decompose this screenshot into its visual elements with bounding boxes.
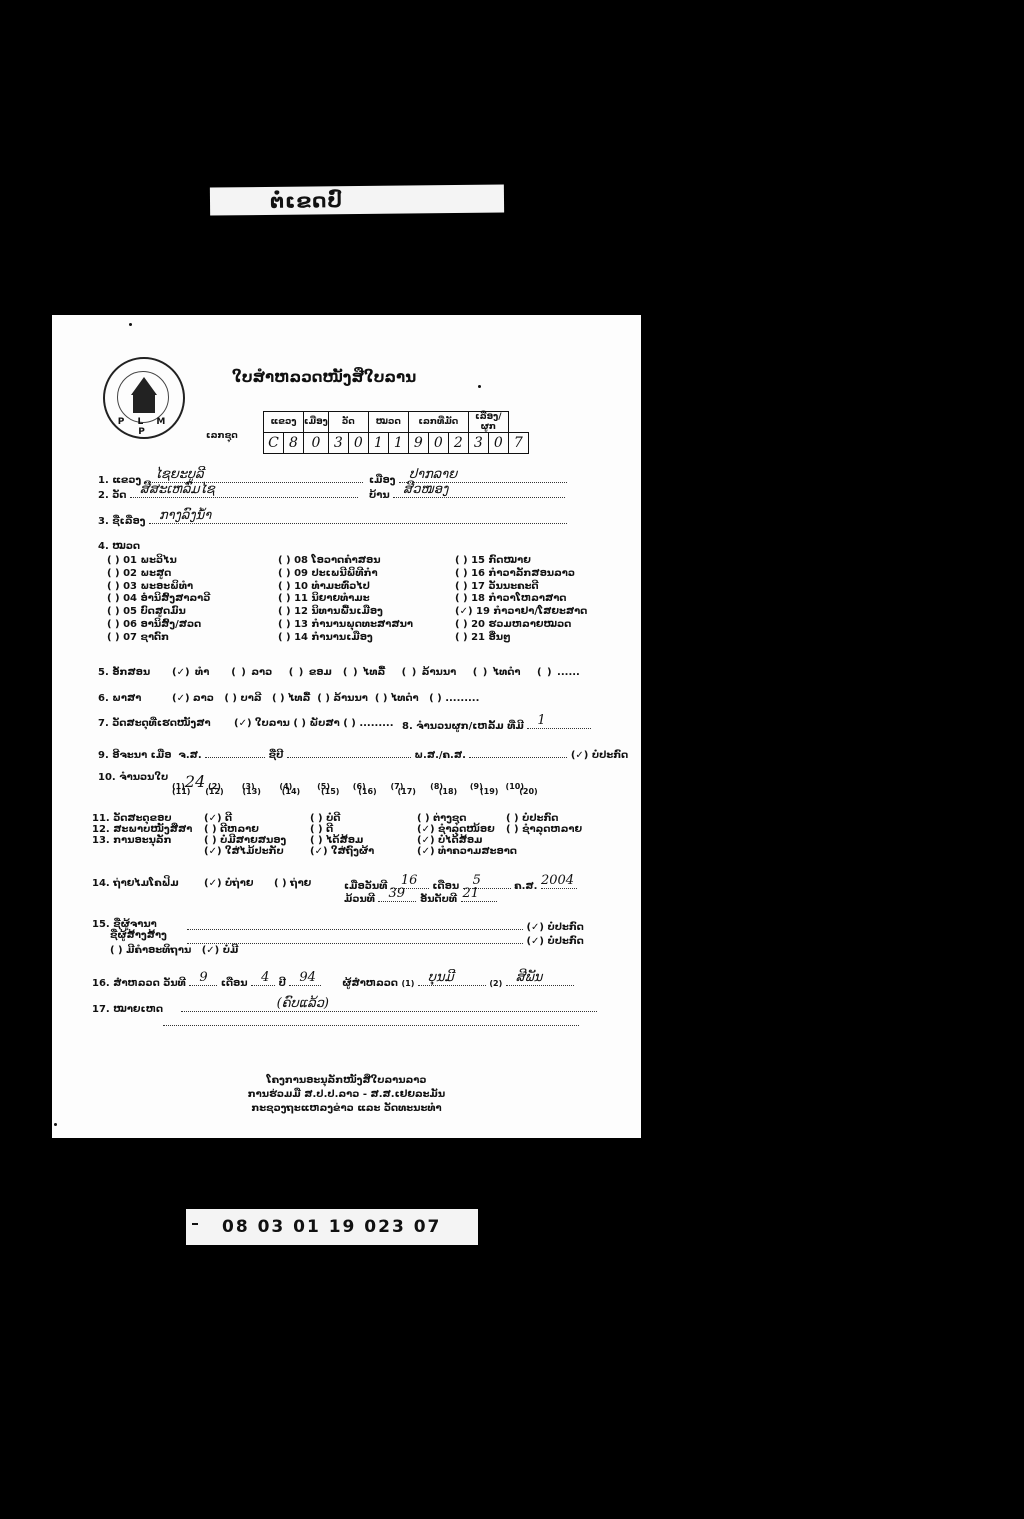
field-district: ເມືອງ ປາກລາຍ bbox=[369, 472, 567, 486]
script-option-other[interactable]: ( ) ...... bbox=[537, 667, 580, 678]
category-column-1: ( ) 01 ພະວິໄນ ( ) 02 ພະສູດ ( ) 03 ພະອະພິ… bbox=[107, 555, 210, 645]
section7-label: 7. ວັດສະດຸທີ່ເຮດໜັງສາ bbox=[98, 718, 211, 729]
script-option-lao[interactable]: ( ) ລາວ bbox=[231, 667, 272, 678]
state-option-slightly-damaged[interactable]: (✓) ຊຳລຸດໜ້ອຍ bbox=[417, 824, 517, 835]
category-option[interactable]: ( ) 02 ພະສູດ bbox=[107, 568, 210, 581]
section15-lines: (✓) ບໍ່ປະກົດ (✓) ບໍ່ປະກົດ bbox=[187, 919, 584, 947]
field-story-title: 3. ຊື່ເລື່ອງ ກາງລົງນ້ຳ bbox=[98, 513, 567, 527]
colophon-row: ( ) ມີຄຳອະທິຖານ (✓) ບໍ່ມີ bbox=[110, 945, 238, 956]
code-table: ແຂວງ ເມືອງ ວັດ ໝວດ ເລກທີ່ມັດ ເລື່ອງ/ຜູກ … bbox=[263, 411, 529, 454]
microfilm-not-photographed[interactable]: (✓) ບໍ່ຖ່າຍ bbox=[204, 878, 253, 889]
language-option-tai-lue[interactable]: ( ) ໄທລື້ bbox=[272, 693, 310, 704]
scribe-label: 15. ຊື່ຜູ້ຈານາ bbox=[92, 919, 167, 930]
category-option[interactable]: ( ) 03 ພະອະພິທຳ bbox=[107, 581, 210, 594]
year-name-label: ຊື່ປີ bbox=[269, 750, 284, 761]
category-option-selected[interactable]: (✓) 19 ກຳວາຢາ/ໂສຍະສາດ bbox=[455, 606, 587, 619]
survey-form-page: P L M P ໃບສຳຫລວດໜັງສືໃບລານ ເລກຊຸດ ແຂວງ ເ… bbox=[52, 315, 641, 1138]
condition-col-4: ( ) ບໍ່ປະກົດ ( ) ຊຳລຸດຫລາຍ bbox=[506, 813, 582, 835]
leaf-slot: (13) bbox=[243, 787, 261, 796]
category-option[interactable]: ( ) 13 ກຳນານພຸດທະສາສນາ bbox=[278, 619, 413, 632]
footer-line-1: ໂຄງການອະນຸລັກໜັງສືໃບລານລາວ bbox=[52, 1075, 641, 1086]
microfilm-date-row: ເມື່ອວັນທີ 16 ເດືອນ 5 ຄ.ສ. 2004 bbox=[344, 878, 577, 892]
category-option[interactable]: ( ) 06 ອານິສົງ/ສວດ bbox=[107, 619, 210, 632]
year-label: ຄ.ສ. bbox=[514, 881, 537, 892]
field-district-value: ປາກລາຍ bbox=[409, 467, 457, 482]
top-label: ຕໍ່ເຂດ​ປົ bbox=[270, 188, 343, 213]
code-header-temple: ວັດ bbox=[328, 412, 368, 433]
notes-input[interactable]: (ຄົບແລ້ວ) bbox=[181, 1001, 597, 1012]
leaf-slot: (14) bbox=[282, 787, 300, 796]
frame-label: ອັນດັບທີ bbox=[420, 894, 457, 905]
script-option-khom[interactable]: ( ) ຂອມ bbox=[289, 667, 332, 678]
plmp-seal-logo: P L M P bbox=[103, 357, 185, 439]
bundle-count-label: 8. ຈຳນວນຜູກ/ເຫລັ້ມ ທີ່ມີ bbox=[402, 721, 524, 732]
survey-month-input[interactable]: 4 bbox=[251, 975, 275, 986]
be-year-input[interactable] bbox=[469, 747, 567, 758]
surveyor-1-value: ບຸນມີ bbox=[428, 970, 454, 985]
surveyor-2-input[interactable]: ສີພັນ bbox=[506, 975, 574, 986]
field-story-title-value: ກາງລົງນ້ຳ bbox=[159, 508, 211, 523]
category-option[interactable]: ( ) 15 ກົດໝາຍ bbox=[455, 555, 587, 568]
script-option-tai-dam[interactable]: ( ) ໄທດຳ bbox=[473, 667, 521, 678]
language-option-lao[interactable]: (✓) ລາວ bbox=[172, 693, 214, 704]
surveyor-2-label: (2) bbox=[489, 979, 502, 988]
survey-month-label: ເດືອນ bbox=[221, 978, 248, 989]
section4-label: 4. ໝວດ bbox=[98, 541, 140, 552]
leaf-slot: (15) bbox=[321, 787, 339, 796]
bundle-count-value: 1 bbox=[537, 713, 545, 728]
sections-11-13-labels: 11. ວັດສະດຸຂອບ 12. ສະພາບໜັງສືສາ 13. ການອ… bbox=[92, 813, 192, 846]
field-temple-value: ສີສະເຫລົ່ມໄຊ bbox=[140, 482, 215, 497]
survey-month-value: 4 bbox=[261, 970, 269, 985]
category-option[interactable]: ( ) 20 ຮວມຫລາຍໝວດ bbox=[455, 619, 587, 632]
category-option[interactable]: ( ) 04 ອຳນິສົງສາລາວີ bbox=[107, 593, 210, 606]
condition-col-2: ( ) ບໍ່ດີ ( ) ດີ ( ) ໄດ້ສ້ອມ (✓) ໃສ່ຖົງຜ… bbox=[310, 813, 374, 857]
state-option-good[interactable]: ( ) ດີ bbox=[310, 824, 374, 835]
survey-day-label: ວັນທີ bbox=[163, 978, 186, 989]
microfilm-roll-row: ມ້ວນທີ 39 ອັນດັບທີ 21 bbox=[344, 891, 497, 905]
survey-year-value: 94 bbox=[299, 970, 316, 985]
script-option-lanna[interactable]: ( ) ລ້ານນາ bbox=[402, 667, 457, 678]
field-story-title-label: 3. ຊື່ເລື່ອງ bbox=[98, 516, 145, 527]
surveyor-2-value: ສີພັນ bbox=[516, 970, 543, 985]
section8-label: 8. ຈຳນວນຜູກ/ເຫລັ້ມ ທີ່ມີ 1 bbox=[402, 718, 591, 732]
language-options: (✓) ລາວ ( ) ບາລີ ( ) ໄທລື້ ( ) ລ້ານນາ ( … bbox=[172, 693, 479, 704]
temple-roof-icon bbox=[131, 377, 157, 395]
category-option[interactable]: ( ) 11 ນິຍາຍທຳມະ bbox=[278, 593, 413, 606]
section14-label: 14. ຖ່າຍໄມໂຄຟິມ bbox=[92, 878, 179, 889]
code-digit: C bbox=[264, 433, 284, 454]
category-option[interactable]: ( ) 05 ບົດສູດມົນ bbox=[107, 606, 210, 619]
category-option[interactable]: ( ) 16 ກຳວາລັກສອນລາວ bbox=[455, 568, 587, 581]
code-digit: 3 bbox=[328, 433, 348, 454]
bottom-code-strip: 08 03 01 19 023 07 bbox=[186, 1209, 478, 1245]
code-digit: 0 bbox=[488, 433, 508, 454]
sponsor-label: ຊື່ຜູ້ສ້າງສ້າງ bbox=[92, 930, 167, 941]
section9-row: 9. ອີຈະນາ ເມື່ອ ຈ.ສ. ຊື່ປີ ພ.ສ./ຄ.ສ. (✓)… bbox=[98, 747, 628, 761]
section11-label: 11. ວັດສະດຸຂອບ bbox=[92, 813, 192, 824]
tick-mark bbox=[192, 1223, 198, 1225]
bundle-count-input[interactable]: 1 bbox=[527, 718, 591, 729]
category-option[interactable]: ( ) 01 ພະວິໄນ bbox=[107, 555, 210, 568]
survey-year-label: ປີ bbox=[279, 978, 286, 989]
leaf-slot: (11) bbox=[172, 787, 190, 796]
field-district-label: ເມືອງ bbox=[369, 475, 395, 486]
colophon-option-yes[interactable]: ( ) ມີຄຳອະທິຖານ bbox=[110, 945, 191, 956]
code-header-category: ໝວດ bbox=[368, 412, 408, 433]
year-name-input[interactable] bbox=[287, 747, 411, 758]
field-story-title-input[interactable]: ກາງລົງນ້ຳ bbox=[149, 513, 567, 524]
speck bbox=[129, 323, 132, 326]
notes-input-2[interactable] bbox=[163, 1015, 579, 1026]
section13-label: 13. ການອະນຸລັກ bbox=[92, 835, 192, 846]
code-header-district: ເມືອງ bbox=[304, 412, 329, 433]
scribe-unknown-option[interactable]: (✓) ບໍ່ປະກົດ bbox=[526, 922, 583, 933]
conservation-option-repaired[interactable]: ( ) ໄດ້ສ້ອມ bbox=[310, 835, 374, 846]
scribe-input[interactable] bbox=[187, 919, 523, 930]
section6-label: 6. ພາສາ bbox=[98, 693, 141, 704]
code-label: ເລກຊຸດ bbox=[206, 431, 238, 441]
microfilm-year-value: 2004 bbox=[541, 873, 574, 888]
conservation-option-no-string[interactable]: ( ) ບໍ່ມີສາຍສນອງ bbox=[204, 835, 286, 846]
survey-year-input[interactable]: 94 bbox=[289, 975, 321, 986]
leaf-slot: (20) bbox=[519, 787, 537, 796]
footer-line-3: ກະຊວງຖະແຫລງຂ່າວ ແລະ ວັດທະນະທຳ bbox=[52, 1103, 641, 1114]
field-temple-input[interactable]: ສີສະເຫລົ່ມໄຊ bbox=[130, 487, 358, 498]
form-title: ໃບສຳຫລວດໜັງສືໃບລານ bbox=[232, 368, 416, 386]
surveyor-label: ຜູ້ສຳຫລວດ bbox=[342, 978, 398, 989]
code-digit: 1 bbox=[388, 433, 408, 454]
category-option[interactable]: ( ) 09 ປະເພນີພິທີກຳ bbox=[278, 568, 413, 581]
category-option[interactable]: ( ) 07 ຊາດົກ bbox=[107, 632, 210, 645]
material-options[interactable]: (✓) ໃບລານ ( ) ພັບສາ ( ) ......... bbox=[234, 718, 394, 729]
section17-row: 17. ໝາຍເຫດ (ຄົບແລ້ວ) bbox=[92, 1001, 597, 1015]
top-label-strip: ຕໍ່ເຂດ​ປົ bbox=[210, 184, 504, 215]
be-label: ພ.ສ./ຄ.ສ. bbox=[414, 750, 466, 761]
code-digit: 7 bbox=[508, 433, 528, 454]
cover-option-not-good[interactable]: ( ) ບໍ່ດີ bbox=[310, 813, 374, 824]
surveyor-1-label: (1) bbox=[401, 979, 414, 988]
microfilm-frame-value: 21 bbox=[463, 886, 480, 901]
section16-label: 16. ສຳຫລວດ bbox=[92, 978, 160, 989]
section5-label: 5. ອັກສອນ bbox=[98, 667, 150, 678]
date-unknown-option[interactable]: (✓) ບໍ່ປະກົດ bbox=[571, 750, 628, 761]
code-digit: 1 bbox=[368, 433, 388, 454]
section15-labels: 15. ຊື່ຜູ້ຈານາ ຊື່ຜູ້ສ້າງສ້າງ bbox=[92, 919, 167, 941]
code-digit: 2 bbox=[448, 433, 468, 454]
category-column-3: ( ) 15 ກົດໝາຍ ( ) 16 ກຳວາລັກສອນລາວ ( ) 1… bbox=[455, 555, 587, 645]
language-option-lanna[interactable]: ( ) ລ້ານນາ bbox=[317, 693, 368, 704]
speck bbox=[478, 385, 481, 388]
script-option-tai-lue[interactable]: ( ) ໄທລື້ bbox=[343, 667, 385, 678]
leaf-count-row-2: (11) (12) (13) (14) (15) (16) (17) (18) … bbox=[172, 787, 538, 796]
bottom-code: 08 03 01 19 023 07 bbox=[222, 1217, 441, 1237]
category-option[interactable]: ( ) 17 ວັນນະຄະດີ bbox=[455, 581, 587, 594]
field-province-label: 1. ແຂວງ bbox=[98, 475, 141, 486]
sponsor-unknown-option[interactable]: (✓) ບໍ່ປະກົດ bbox=[526, 936, 583, 947]
cs-year-input[interactable] bbox=[205, 747, 265, 758]
conservation-option-cleaned[interactable]: (✓) ທຳຄວາມສະອາດ bbox=[417, 846, 517, 857]
microfilm-roll-value: 39 bbox=[388, 886, 405, 901]
category-option[interactable]: ( ) 21 ອື່ນໆ bbox=[455, 632, 587, 645]
leaf-slot: (12) bbox=[205, 787, 223, 796]
section12-label: 12. ສະພາບໜັງສືສາ bbox=[92, 824, 192, 835]
section9-label: 9. ອີຈະນາ ເມື່ອ bbox=[98, 750, 171, 761]
conservation-option-not-repaired[interactable]: (✓) ບໍ່ໄດ້ສ້ອມ bbox=[417, 835, 517, 846]
field-temple: 2. ວັດ ສີສະເຫລົ່ມໄຊ bbox=[98, 487, 358, 501]
language-option-other[interactable]: ( ) ......... bbox=[429, 693, 479, 704]
field-village-input[interactable]: ສີວໜອງ bbox=[393, 487, 565, 498]
conservation-option-cloth-bag[interactable]: (✓) ໃສ່ຖົງຜ້າ bbox=[310, 846, 374, 857]
notes-line-2 bbox=[163, 1015, 579, 1029]
conservation-option-wooden-cover[interactable]: (✓) ໃສ່ໄມ້ປະກັບ bbox=[204, 846, 286, 857]
script-options: (✓) ທຳ ( ) ລາວ ( ) ຂອມ ( ) ໄທລື້ ( ) ລ້າ… bbox=[172, 667, 580, 678]
microfilm-year-input[interactable]: 2004 bbox=[541, 878, 577, 889]
seal-text: P L M P bbox=[113, 417, 175, 437]
condition-col-3: ( ) ຕ່າງຊຸດ (✓) ຊຳລຸດໜ້ອຍ (✓) ບໍ່ໄດ້ສ້ອມ… bbox=[417, 813, 517, 857]
code-digit: 8 bbox=[284, 433, 304, 454]
code-header-title: ເລື່ອງ/ຜູກ bbox=[468, 412, 508, 433]
leaf-slot: (18) bbox=[439, 787, 457, 796]
notes-value: (ຄົບແລ້ວ) bbox=[277, 996, 329, 1011]
section10-label: 10. ຈຳນວນໃບ bbox=[98, 772, 168, 783]
cover-option-good[interactable]: (✓) ດີ bbox=[204, 813, 286, 824]
surveyor-1-input[interactable]: ບຸນມີ bbox=[418, 975, 486, 986]
field-village: ບ້ານ ສີວໜອງ bbox=[369, 487, 565, 501]
state-option-very-good[interactable]: ( ) ດີຫລາຍ bbox=[204, 824, 286, 835]
field-province-value: ໄຊຍະບູລີ bbox=[155, 467, 204, 482]
category-option[interactable]: ( ) 10 ທຳມະທົ່ວໄປ bbox=[278, 581, 413, 594]
cs-label: ຈ.ສ. bbox=[178, 750, 201, 761]
code-digit: 3 bbox=[468, 433, 488, 454]
survey-day-input[interactable]: 9 bbox=[189, 975, 217, 986]
microfilm-photographed[interactable]: ( ) ຖ່າຍ bbox=[274, 878, 311, 889]
temple-body-icon bbox=[133, 395, 155, 413]
category-column-2: ( ) 08 ໂອວາດຄຳສອນ ( ) 09 ປະເພນີພິທີກຳ ( … bbox=[278, 555, 413, 645]
code-digit: 0 bbox=[348, 433, 368, 454]
code-digit: 0 bbox=[304, 433, 329, 454]
microfilm-roll-input[interactable]: 39 bbox=[378, 891, 416, 902]
language-option-pali[interactable]: ( ) ບາລີ bbox=[224, 693, 261, 704]
code-header-province: ແຂວງ bbox=[264, 412, 304, 433]
footer-line-2: ການຮ່ວມມື ສ.ປ.ປ.ລາວ - ສ.ສ.ເຢຍລະມັນ bbox=[52, 1089, 641, 1100]
field-village-label: ບ້ານ bbox=[369, 490, 390, 501]
state-option-very-damaged[interactable]: ( ) ຊຳລຸດຫລາຍ bbox=[506, 824, 582, 835]
colophon-option-no[interactable]: (✓) ບໍ່ມີ bbox=[202, 945, 239, 956]
leaf-slot: (17) bbox=[398, 787, 416, 796]
category-option[interactable]: ( ) 14 ກຳນານເມືອງ bbox=[278, 632, 413, 645]
code-header-bundle: ເລກທີ່ມັດ bbox=[408, 412, 468, 433]
section16-row: 16. ສຳຫລວດ ວັນທີ 9 ເດືອນ 4 ປີ 94 ຜູ້ສຳຫລ… bbox=[92, 975, 574, 989]
survey-day-value: 9 bbox=[199, 970, 207, 985]
microfilm-frame-input[interactable]: 21 bbox=[461, 891, 497, 902]
roll-label: ມ້ວນທີ bbox=[344, 894, 375, 905]
category-option[interactable]: ( ) 18 ກຳວາໂຫລາສາດ bbox=[455, 593, 587, 606]
leaf-slot: (16) bbox=[358, 787, 376, 796]
language-option-tai-dam[interactable]: ( ) ໄທດຳ bbox=[375, 693, 419, 704]
leaf-slot: (19) bbox=[480, 787, 498, 796]
code-digit: 0 bbox=[428, 433, 448, 454]
field-province: 1. ແຂວງ ໄຊຍະບູລີ bbox=[98, 472, 363, 486]
section17-label: 17. ໝາຍເຫດ bbox=[92, 1004, 163, 1015]
category-option[interactable]: ( ) 12 ນິທານພື້ນເມືອງ bbox=[278, 606, 413, 619]
field-temple-label: 2. ວັດ bbox=[98, 490, 126, 501]
category-option[interactable]: ( ) 08 ໂອວາດຄຳສອນ bbox=[278, 555, 413, 568]
speck bbox=[54, 1123, 57, 1126]
cover-option-unknown[interactable]: ( ) ບໍ່ປະກົດ bbox=[506, 813, 582, 824]
script-option-tham[interactable]: (✓) ທຳ bbox=[172, 667, 209, 678]
field-village-value: ສີວໜອງ bbox=[403, 482, 448, 497]
cover-option-different[interactable]: ( ) ຕ່າງຊຸດ bbox=[417, 813, 517, 824]
condition-col-1: (✓) ດີ ( ) ດີຫລາຍ ( ) ບໍ່ມີສາຍສນອງ (✓) ໃ… bbox=[204, 813, 286, 857]
code-digit: 9 bbox=[408, 433, 428, 454]
sponsor-input[interactable] bbox=[187, 933, 523, 944]
